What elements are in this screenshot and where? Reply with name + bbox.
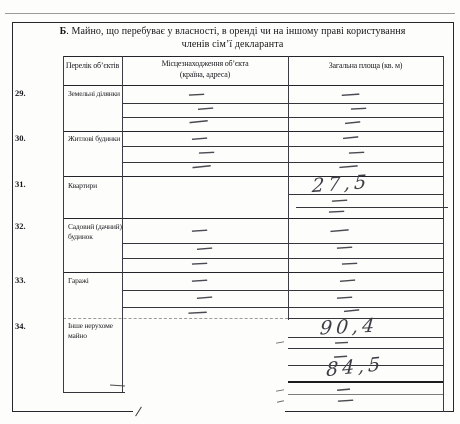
row-number: 32. <box>15 221 39 231</box>
column-border-right <box>443 56 444 412</box>
handwritten-dash: — <box>189 113 208 129</box>
row-number: 30. <box>15 133 39 143</box>
column-border-left <box>63 56 64 392</box>
subrow-line <box>122 258 443 259</box>
header-location-line2: (країна, адреса) <box>122 70 288 79</box>
handwritten-dash: — <box>188 305 207 320</box>
row-label: Земельні ділянки <box>68 89 128 99</box>
subrow-line-area <box>288 348 443 349</box>
handwritten-dash: — <box>342 256 358 271</box>
handwritten-dash: — <box>337 239 353 254</box>
handwritten-dash: — <box>342 129 358 144</box>
handwritten-dash: — <box>329 204 345 219</box>
row-boundary <box>63 131 443 132</box>
column-divider-location-area <box>288 56 289 320</box>
handwritten-dash: — <box>196 240 212 255</box>
subrow-line <box>122 243 443 244</box>
row-number: 31. <box>15 179 39 189</box>
subrow-line-area <box>288 394 443 395</box>
section-title-line1: Б. Майно, що перебуває у власності, в ор… <box>12 26 453 37</box>
row-label: Житлові будинки <box>68 134 128 144</box>
subrow-line <box>122 117 443 118</box>
row-label: Садовий (дачний) будинок <box>68 222 128 241</box>
row-number: 33. <box>15 275 39 285</box>
handwritten-dash: — <box>339 272 355 287</box>
section-title-text: . Майно, що перебуває у власності, в оре… <box>66 26 405 37</box>
subrow-line <box>122 290 443 291</box>
handwritten-dash: — <box>189 87 205 102</box>
row-boundary <box>63 176 443 177</box>
subrow-line <box>122 103 443 104</box>
row-number: 29. <box>15 88 39 98</box>
section-frame <box>12 22 454 412</box>
header-location-line1: Місцезнаходження об’єкта <box>122 59 288 68</box>
handwritten-area-value: 90,4 <box>319 315 379 338</box>
header-bottom-border <box>63 85 443 86</box>
scan-gap <box>133 405 285 417</box>
top-scan-rule <box>5 13 455 14</box>
row-number: 34. <box>15 321 39 331</box>
subrow-line <box>122 307 443 308</box>
section-title-line2: членів сім’ї декларанта <box>12 39 453 50</box>
handwritten-dash: — <box>192 158 211 174</box>
row-boundary-faint <box>63 318 288 319</box>
table-top-border <box>63 56 443 57</box>
handwritten-dash: — <box>192 256 208 271</box>
handwritten-dash: — <box>192 222 208 237</box>
handwritten-dash: — <box>192 272 208 287</box>
handwritten-dash: — <box>338 392 354 407</box>
label-cell-bottom-border <box>63 392 125 393</box>
row-label: Гаражі <box>68 276 128 286</box>
header-objects: Перелік об’єктів <box>63 61 122 70</box>
row-boundary <box>63 272 443 273</box>
scanned-declaration-page: Б. Майно, що перебуває у власності, в ор… <box>0 0 460 424</box>
subrow-line <box>122 162 443 163</box>
handwritten-dash: — <box>196 289 212 304</box>
row-boundary <box>63 218 443 219</box>
subrow-line <box>122 146 443 147</box>
row-label: Квартири <box>68 181 128 191</box>
header-area: Загальна площа (кв. м) <box>288 61 443 70</box>
handwritten-dash: — <box>330 222 349 238</box>
subrow-line-area <box>288 381 443 383</box>
subrow-line-area <box>296 207 448 208</box>
row-label: Інше нерухоме майно <box>68 321 128 340</box>
handwritten-dash: — <box>344 114 360 129</box>
